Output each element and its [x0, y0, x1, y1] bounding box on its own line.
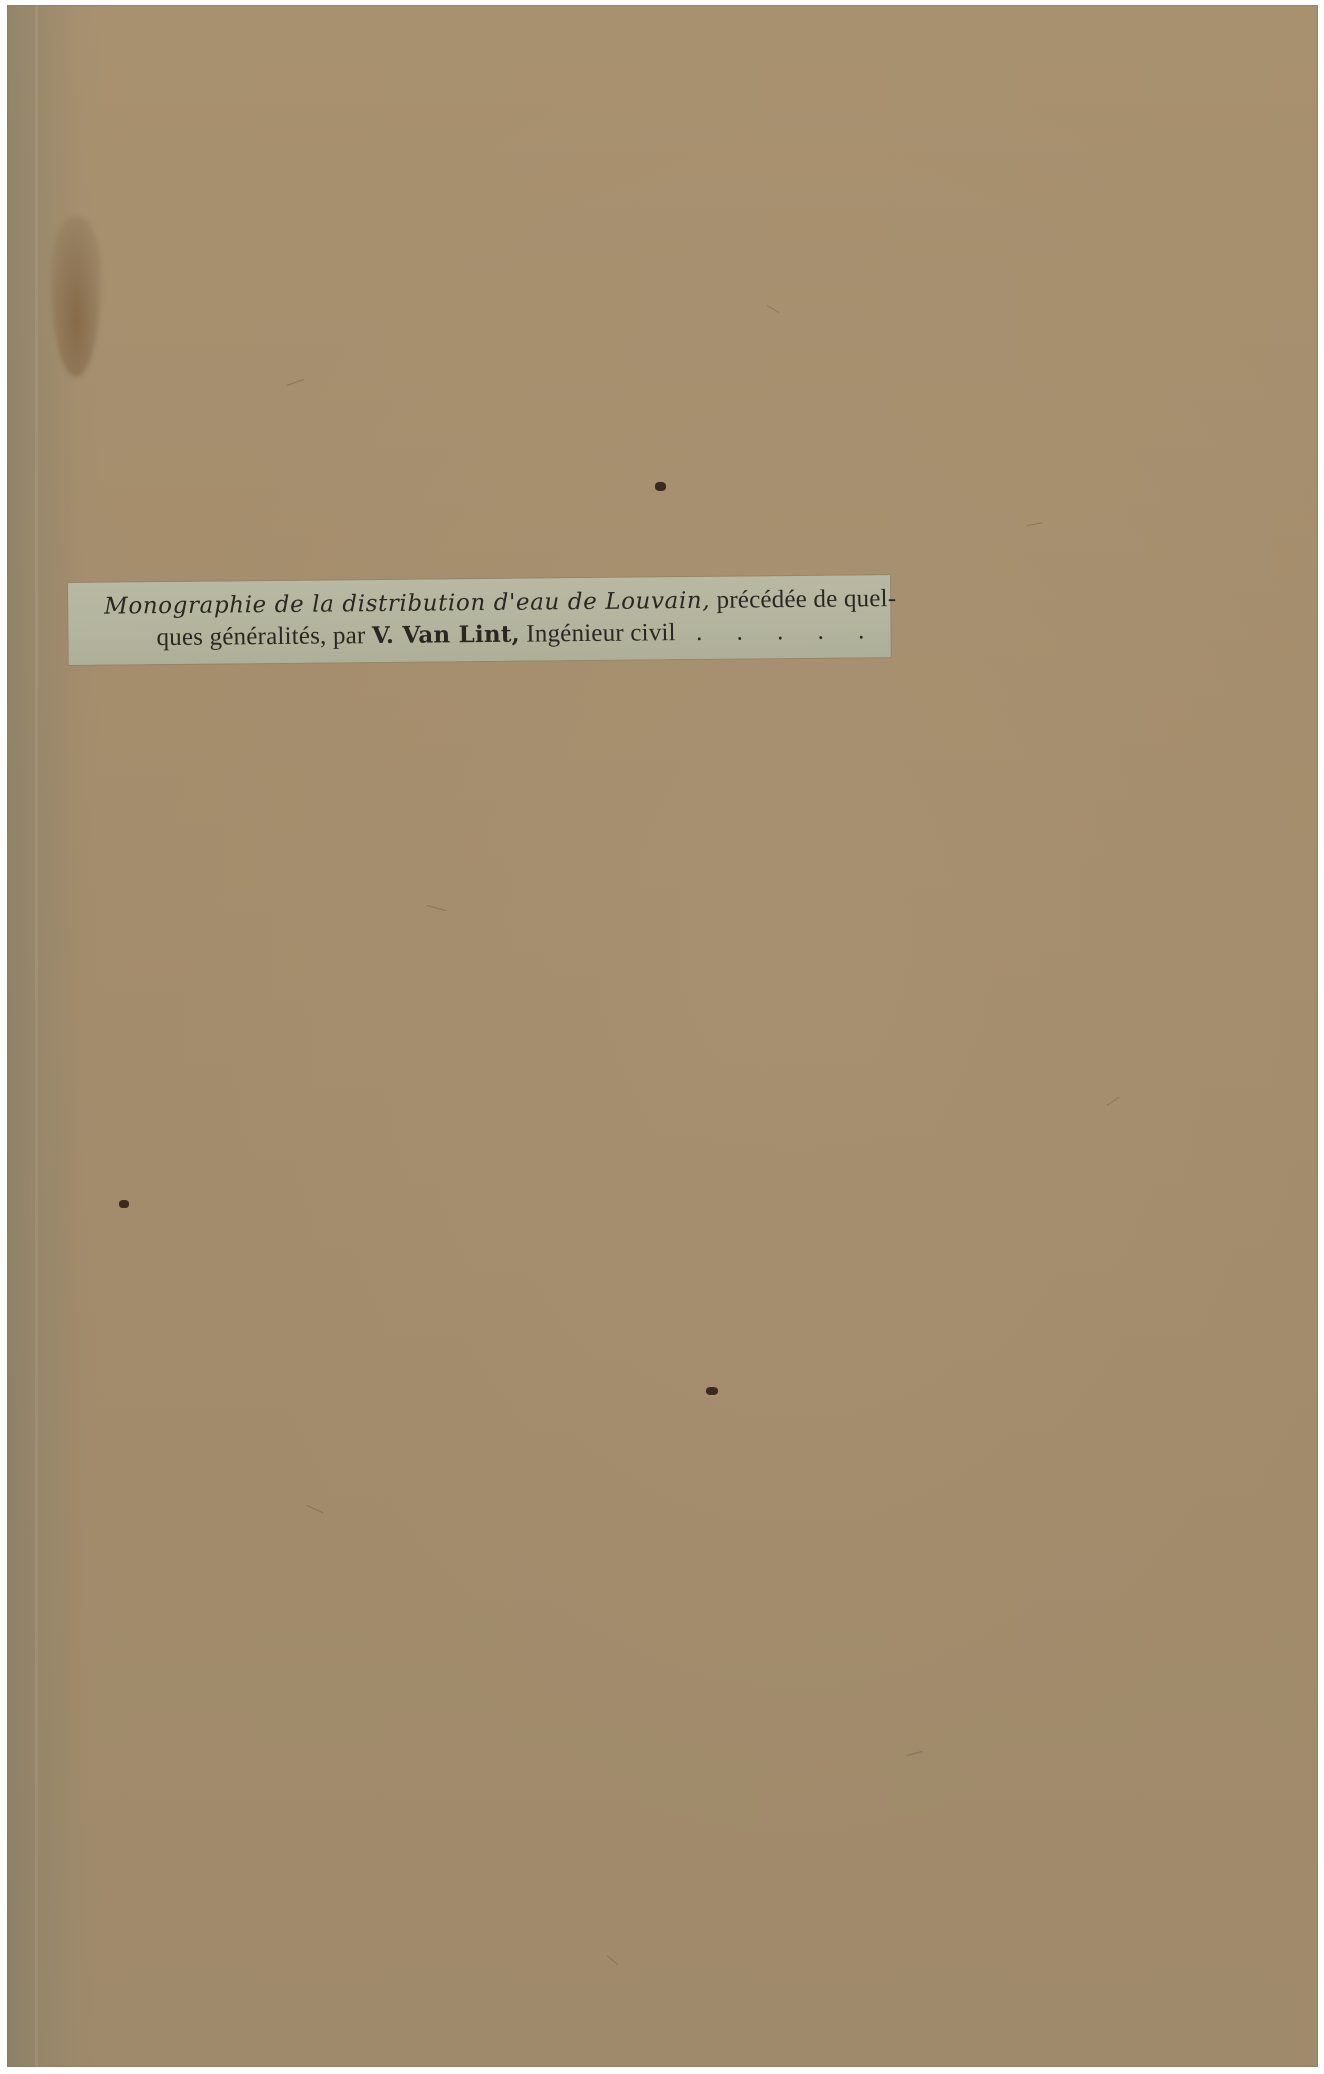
title-roman: précédée de quel-	[710, 585, 896, 614]
label-line-1: Monographie de la distribution d'eau de …	[104, 584, 896, 622]
dirt-speck	[655, 482, 666, 491]
dirt-speck	[119, 1200, 129, 1208]
book-cover	[7, 5, 1318, 2067]
dirt-speck	[706, 1387, 718, 1395]
label-line-2: ques généralités, par V. Van Lint, Ingén…	[156, 616, 878, 653]
paper-fiber	[287, 379, 304, 386]
title-italic: Monographie de la distribution d'eau de …	[104, 588, 710, 620]
title-label: Monographie de la distribution d'eau de …	[68, 575, 891, 665]
paper-fiber	[1027, 522, 1043, 526]
author-name: V. Van Lint,	[372, 621, 520, 649]
dot-leader: . . . . .	[676, 617, 879, 646]
paper-fiber	[427, 905, 447, 911]
spine-crease	[35, 5, 38, 2067]
author-title: Ingénieur civil	[520, 619, 676, 647]
paper-fiber	[1107, 1096, 1120, 1105]
paper-fiber	[307, 1505, 324, 1514]
paper-fiber	[767, 305, 780, 313]
byline-prefix: ques généralités, par	[156, 622, 372, 651]
paper-fiber	[607, 1955, 618, 1965]
paper-fiber	[907, 1751, 923, 1756]
